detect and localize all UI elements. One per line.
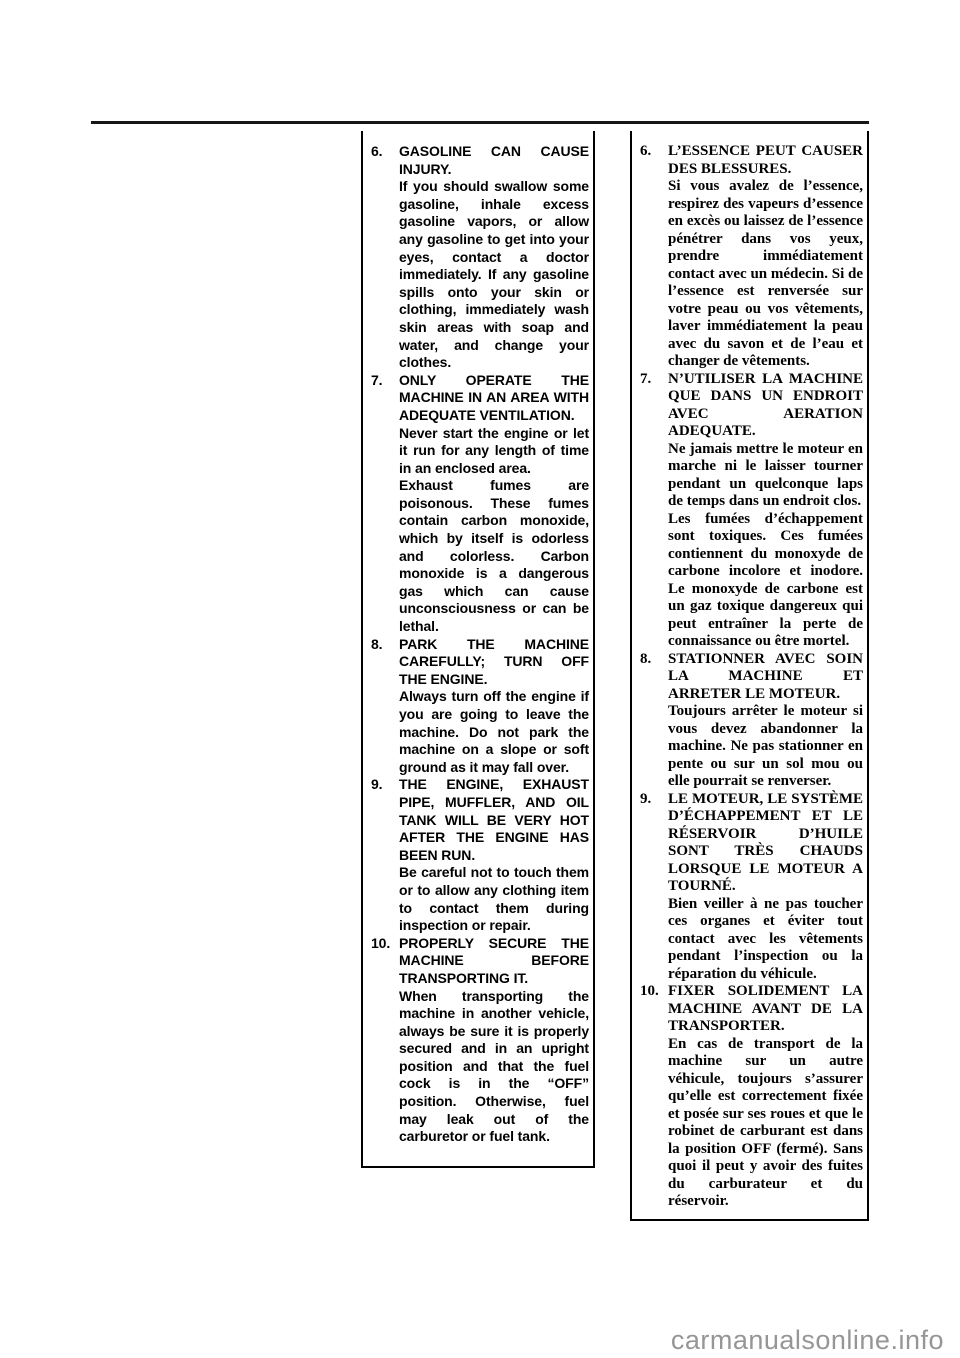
item-number: 8. bbox=[640, 651, 668, 791]
item-number: 7. bbox=[640, 371, 668, 651]
safety-item: 7.ONLY OPERATE THE MACHINE IN AN AREA WI… bbox=[371, 372, 589, 636]
item-heading: FIXER SOLIDEMENT LA MACHINE AVANT DE LA … bbox=[668, 983, 863, 1036]
item-content: PARK THE MACHINE CAREFULLY; TURN OFF THE… bbox=[399, 636, 589, 777]
item-paragraph: Ne jamais mettre le moteur en marche ni … bbox=[668, 441, 863, 511]
item-paragraph: Never start the engine or let it run for… bbox=[399, 425, 589, 478]
item-paragraph: Toujours arrêter le moteur si vous devez… bbox=[668, 703, 863, 791]
item-number: 8. bbox=[371, 636, 399, 777]
item-number: 9. bbox=[371, 776, 399, 934]
item-number: 10. bbox=[640, 983, 668, 1211]
item-heading: PARK THE MACHINE CAREFULLY; TURN OFF THE… bbox=[399, 636, 589, 689]
item-heading: ONLY OPERATE THE MACHINE IN AN AREA WITH… bbox=[399, 372, 589, 425]
safety-item: 9.THE ENGINE, EXHAUST PIPE, MUFFLER, AND… bbox=[371, 776, 589, 934]
item-number: 7. bbox=[371, 372, 399, 636]
safety-item: 6.GASOLINE CAN CAUSE INJURY.If you shoul… bbox=[371, 143, 589, 372]
item-content: LE MOTEUR, LE SYSTÈME D’ÉCHAPPEMENT ET L… bbox=[668, 791, 863, 984]
watermark-text: carmanualsonline.info bbox=[671, 1325, 944, 1356]
item-content: STATIONNER AVEC SOIN LA MACHINE ET ARRET… bbox=[668, 651, 863, 791]
manual-page: 6.GASOLINE CAN CAUSE INJURY.If you shoul… bbox=[0, 0, 960, 1358]
item-heading: L’ESSENCE PEUT CAUSER DES BLESSURES. bbox=[668, 143, 863, 178]
item-content: N’UTILISER LA MACHINE QUE DANS UN ENDROI… bbox=[668, 371, 863, 651]
safety-item: 6.L’ESSENCE PEUT CAUSER DES BLESSURES.Si… bbox=[640, 143, 863, 371]
item-content: FIXER SOLIDEMENT LA MACHINE AVANT DE LA … bbox=[668, 983, 863, 1211]
safety-item: 10.PROPERLY SECURE THE MACHINE BEFORE TR… bbox=[371, 935, 589, 1146]
item-number: 6. bbox=[640, 143, 668, 371]
item-paragraph: Exhaust fumes are poisonous. These fumes… bbox=[399, 477, 589, 635]
safety-item: 7.N’UTILISER LA MACHINE QUE DANS UN ENDR… bbox=[640, 371, 863, 651]
item-paragraph: If you should swallow some gasoline, inh… bbox=[399, 178, 589, 372]
safety-item: 8.STATIONNER AVEC SOIN LA MACHINE ET ARR… bbox=[640, 651, 863, 791]
safety-item: 9.LE MOTEUR, LE SYSTÈME D’ÉCHAPPEMENT ET… bbox=[640, 791, 863, 984]
item-number: 6. bbox=[371, 143, 399, 372]
item-paragraph: When transporting the machine in another… bbox=[399, 988, 589, 1146]
item-paragraph: Les fumées d’échappement sont toxiques. … bbox=[668, 511, 863, 651]
item-content: ONLY OPERATE THE MACHINE IN AN AREA WITH… bbox=[399, 372, 589, 636]
item-paragraph: Bien veiller à ne pas toucher ces organe… bbox=[668, 896, 863, 984]
item-heading: LE MOTEUR, LE SYSTÈME D’ÉCHAPPEMENT ET L… bbox=[668, 791, 863, 896]
item-content: L’ESSENCE PEUT CAUSER DES BLESSURES.Si v… bbox=[668, 143, 863, 371]
item-content: GASOLINE CAN CAUSE INJURY.If you should … bbox=[399, 143, 589, 372]
item-heading: N’UTILISER LA MACHINE QUE DANS UN ENDROI… bbox=[668, 371, 863, 441]
item-heading: PROPERLY SECURE THE MACHINE BEFORE TRANS… bbox=[399, 935, 589, 988]
safety-item: 8.PARK THE MACHINE CAREFULLY; TURN OFF T… bbox=[371, 636, 589, 777]
page-top-rule bbox=[91, 121, 869, 124]
item-paragraph: Si vous avalez de l’essence, respirez de… bbox=[668, 178, 863, 371]
item-number: 10. bbox=[371, 935, 399, 1146]
item-content: PROPERLY SECURE THE MACHINE BEFORE TRANS… bbox=[399, 935, 589, 1146]
item-paragraph: Always turn off the engine if you are go… bbox=[399, 688, 589, 776]
item-heading: THE ENGINE, EXHAUST PIPE, MUFFLER, AND O… bbox=[399, 776, 589, 864]
item-content: THE ENGINE, EXHAUST PIPE, MUFFLER, AND O… bbox=[399, 776, 589, 934]
safety-warnings-box-english: 6.GASOLINE CAN CAUSE INJURY.If you shoul… bbox=[361, 131, 595, 1168]
item-paragraph: En cas de transport de la machine sur un… bbox=[668, 1036, 863, 1211]
item-heading: GASOLINE CAN CAUSE INJURY. bbox=[399, 143, 589, 178]
item-number: 9. bbox=[640, 791, 668, 984]
item-heading: STATIONNER AVEC SOIN LA MACHINE ET ARRET… bbox=[668, 651, 863, 704]
safety-warnings-box-french: 6.L’ESSENCE PEUT CAUSER DES BLESSURES.Si… bbox=[630, 131, 869, 1221]
item-paragraph: Be careful not to touch them or to allow… bbox=[399, 864, 589, 934]
safety-item: 10.FIXER SOLIDEMENT LA MACHINE AVANT DE … bbox=[640, 983, 863, 1211]
